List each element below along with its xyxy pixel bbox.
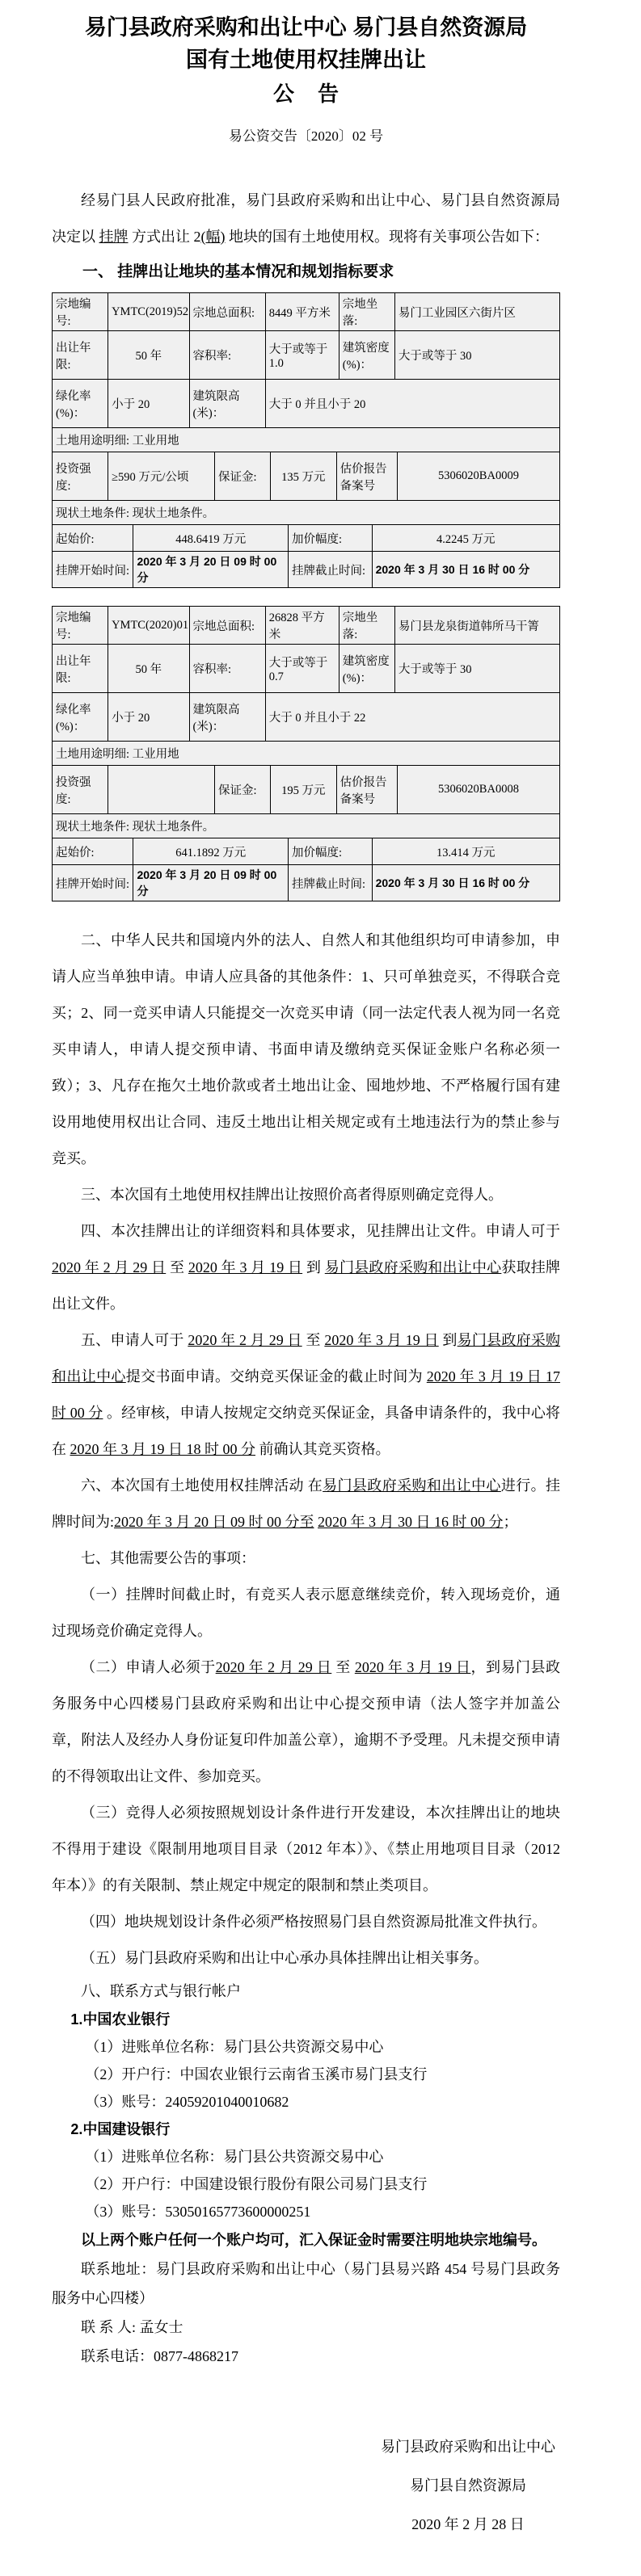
deposit-note: 以上两个账户任何一个账户均可，汇入保证金时需要注明地块宗地编号。 <box>52 2225 560 2255</box>
start-price-label: 起始价: <box>53 838 133 865</box>
height-label: 建筑限高(米)： <box>190 380 266 428</box>
far-label: 容积率: <box>190 331 266 380</box>
end-time-value: 2020 年 3 月 30 日 16 时 00 分 <box>373 865 560 901</box>
section-1-heading: 一、 挂牌出让地块的基本情况和规划指标要求 <box>52 255 560 289</box>
deposit-label: 保证金: <box>215 766 271 814</box>
area-value: 26828 平方米 <box>266 607 339 645</box>
table-row: 土地用途明细: 工业用地 <box>53 742 560 766</box>
far-value: 大于或等于 1.0 <box>266 331 339 380</box>
height-value: 大于 0 并且小于 20 <box>266 380 560 428</box>
intro-paragraph: 经易门县人民政府批准，易门县政府采购和出让中心、易门县自然资源局决定以 挂牌 方… <box>52 183 560 255</box>
section-6-paragraph: 六、本次国有土地使用权挂牌活动 在易门县政府采购和出让中心进行。挂牌时间为:20… <box>52 1468 560 1540</box>
area-label: 宗地总面积: <box>190 293 266 331</box>
parcel-id-value: YMTC(2020)01 <box>108 607 189 645</box>
start-time-value: 2020 年 3 月 20 日 09 时 00 分 <box>133 552 289 588</box>
location-label: 宗地坐落: <box>339 607 395 645</box>
section-7-heading: 七、其他需要公告的事项： <box>52 1540 560 1577</box>
section-2-paragraph: 二、中华人民共和国境内外的法人、自然人和其他组织均可申请参加，申请人应当单独申请… <box>52 922 560 1177</box>
far-label: 容积率: <box>190 645 266 693</box>
green-value: 小于 20 <box>108 380 189 428</box>
height-value: 大于 0 并且小于 22 <box>266 693 560 742</box>
increment-value: 4.2245 万元 <box>373 525 560 552</box>
parcel-table-1: 宗地编号: YMTC(2019)52 宗地总面积: 8449 平方米 宗地坐落:… <box>52 292 560 588</box>
section-8-heading: 八、联系方式与银行帐户 <box>52 1977 560 2006</box>
table-row: 投资强度: ≥590 万元/公顷 保证金: 135 万元 估价报告备案号 530… <box>53 452 560 501</box>
end-time-value: 2020 年 3 月 30 日 16 时 00 分 <box>373 552 560 588</box>
page-title: 易门县政府采购和出让中心 易门县自然资源局 国有土地使用权挂牌出让 <box>52 11 560 76</box>
density-value: 大于或等于 30 <box>395 645 560 693</box>
far-value: 大于或等于 0.7 <box>266 645 339 693</box>
start-time-label: 挂牌开始时间: <box>53 552 133 588</box>
table-row: 宗地编号: YMTC(2019)52 宗地总面积: 8449 平方米 宗地坐落:… <box>53 293 560 331</box>
section-7-item-4: （四）地块规划设计条件必须严格按照易门县自然资源局批准文件执行。 <box>52 1904 560 1940</box>
term-value: 50 年 <box>108 331 189 380</box>
table-row: 现状土地条件: 现状土地条件。 <box>53 501 560 525</box>
bank-2-account-number: （3）账号：53050165773600000251 <box>52 2198 560 2225</box>
section-7-item-2: （二）申请人必须于2020 年 2 月 29 日 至 2020 年 3 月 19… <box>52 1649 560 1795</box>
bank-2-payee: （1）进账单位名称：易门县公共资源交易中心 <box>52 2143 560 2170</box>
section-5-paragraph: 五、申请人可于 2020 年 2 月 29 日 至 2020 年 3 月 19 … <box>52 1322 560 1468</box>
parcel-id-value: YMTC(2019)52 <box>108 293 189 331</box>
land-use-value: 土地用途明细: 工业用地 <box>53 742 560 766</box>
term-value: 50 年 <box>108 645 189 693</box>
table-row: 绿化率(%)： 小于 20 建筑限高(米)： 大于 0 并且小于 22 <box>53 693 560 742</box>
table-row: 起始价: 448.6419 万元 加价幅度: 4.2245 万元 <box>53 525 560 552</box>
invest-value: ≥590 万元/公顷 <box>108 452 215 501</box>
table-row: 投资强度: 保证金: 195 万元 估价报告备案号 5306020BA0008 <box>53 766 560 814</box>
start-price-value: 641.1892 万元 <box>133 838 289 865</box>
bank-1-branch: （2）开户行：中国农业银行云南省玉溪市易门县支行 <box>52 2061 560 2088</box>
start-price-value: 448.6419 万元 <box>133 525 289 552</box>
contact-phone: 联系电话：0877-4868217 <box>52 2342 560 2371</box>
report-no-value: 5306020BA0009 <box>398 452 560 501</box>
table-row: 现状土地条件: 现状土地条件。 <box>53 814 560 838</box>
term-label: 出让年限: <box>53 331 108 380</box>
table-row: 出让年限: 50 年 容积率: 大于或等于 0.7 建筑密度(%)： 大于或等于… <box>53 645 560 693</box>
table-row: 挂牌开始时间: 2020 年 3 月 20 日 09 时 00 分 挂牌截止时间… <box>53 865 560 901</box>
density-label: 建筑密度(%)： <box>339 331 395 380</box>
table-row: 起始价: 641.1892 万元 加价幅度: 13.414 万元 <box>53 838 560 865</box>
announcement-word: 公 告 <box>52 76 560 111</box>
invest-label: 投资强度: <box>53 766 108 814</box>
parcel-id-label: 宗地编号: <box>53 293 108 331</box>
closing-org-2: 易门县自然资源局 <box>381 2466 555 2505</box>
report-no-label: 估价报告备案号 <box>337 452 398 501</box>
green-label: 绿化率(%)： <box>53 693 108 742</box>
location-value: 易门工业园区六街片区 <box>395 293 560 331</box>
deposit-value: 135 万元 <box>271 452 337 501</box>
location-value: 易门县龙泉街道韩所马干箐 <box>395 607 560 645</box>
increment-value: 13.414 万元 <box>373 838 560 865</box>
table-row: 土地用途明细: 工业用地 <box>53 428 560 452</box>
end-time-label: 挂牌截止时间: <box>289 552 373 588</box>
report-no-value: 5306020BA0008 <box>398 766 560 814</box>
area-value: 8449 平方米 <box>266 293 339 331</box>
area-label: 宗地总面积: <box>190 607 266 645</box>
invest-value <box>108 766 215 814</box>
increment-label: 加价幅度: <box>289 525 373 552</box>
table-row: 出让年限: 50 年 容积率: 大于或等于 1.0 建筑密度(%)： 大于或等于… <box>53 331 560 380</box>
section-7-item-5: （五）易门县政府采购和出让中心承办具体挂牌出让相关事务。 <box>52 1940 560 1977</box>
start-time-label: 挂牌开始时间: <box>53 865 133 901</box>
parcel-id-label: 宗地编号: <box>53 607 108 645</box>
section-7-item-1: （一）挂牌时间截止时，有竞买人表示愿意继续竞价，转入现场竞价，通过现场竞价确定竞… <box>52 1577 560 1649</box>
condition-value: 现状土地条件: 现状土地条件。 <box>53 501 560 525</box>
deposit-label: 保证金: <box>215 452 271 501</box>
start-price-label: 起始价: <box>53 525 133 552</box>
closing-date: 2020 年 2 月 28 日 <box>381 2505 555 2544</box>
contact-person: 联 系 人: 孟女士 <box>52 2313 560 2342</box>
green-label: 绿化率(%)： <box>53 380 108 428</box>
term-label: 出让年限: <box>53 645 108 693</box>
title-line-1: 易门县政府采购和出让中心 易门县自然资源局 <box>52 11 560 44</box>
land-use-value: 土地用途明细: 工业用地 <box>53 428 560 452</box>
section-4-paragraph: 四、本次挂牌出让的详细资料和具体要求，见挂牌出让文件。申请人可于 2020 年 … <box>52 1213 560 1322</box>
location-label: 宗地坐落: <box>339 293 395 331</box>
increment-label: 加价幅度: <box>289 838 373 865</box>
bank-1-payee: （1）进账单位名称：易门县公共资源交易中心 <box>52 2033 560 2061</box>
closing-org-1: 易门县政府采购和出让中心 <box>381 2427 555 2466</box>
section-3-paragraph: 三、本次国有土地使用权挂牌出让按照价高者得原则确定竞得人。 <box>52 1177 560 1213</box>
document-number: 易公资交告〔2020〕02 号 <box>52 124 560 149</box>
bank-1-name: 1.中国农业银行 <box>52 2006 560 2033</box>
condition-value: 现状土地条件: 现状土地条件。 <box>53 814 560 838</box>
invest-label: 投资强度: <box>53 452 108 501</box>
height-label: 建筑限高(米)： <box>190 693 266 742</box>
closing-block: 易门县政府采购和出让中心 易门县自然资源局 2020 年 2 月 28 日 <box>381 2427 555 2544</box>
contact-address: 联系地址：易门县政府采购和出让中心（易门县易兴路 454 号易门县政务服务中心四… <box>52 2255 560 2313</box>
section-7-item-3: （三）竞得人必须按照规划设计条件进行开发建设，本次挂牌出让的地块不得用于建设《限… <box>52 1795 560 1904</box>
density-value: 大于或等于 30 <box>395 331 560 380</box>
bank-1-account-number: （3）账号：24059201040010682 <box>52 2088 560 2116</box>
bank-2-branch: （2）开户行：中国建设银行股份有限公司易门县支行 <box>52 2170 560 2198</box>
parcel-table-2: 宗地编号: YMTC(2020)01 宗地总面积: 26828 平方米 宗地坐落… <box>52 606 560 901</box>
start-time-value: 2020 年 3 月 20 日 09 时 00 分 <box>133 865 289 901</box>
bank-2-name: 2.中国建设银行 <box>52 2116 560 2143</box>
density-label: 建筑密度(%)： <box>339 645 395 693</box>
end-time-label: 挂牌截止时间: <box>289 865 373 901</box>
title-line-2: 国有土地使用权挂牌出让 <box>52 44 560 76</box>
announcement-document: 易门县政府采购和出让中心 易门县自然资源局 国有土地使用权挂牌出让 公 告 易公… <box>0 0 641 2576</box>
green-value: 小于 20 <box>108 693 189 742</box>
report-no-label: 估价报告备案号 <box>337 766 398 814</box>
table-row: 挂牌开始时间: 2020 年 3 月 20 日 09 时 00 分 挂牌截止时间… <box>53 552 560 588</box>
table-row: 绿化率(%)： 小于 20 建筑限高(米)： 大于 0 并且小于 20 <box>53 380 560 428</box>
table-row: 宗地编号: YMTC(2020)01 宗地总面积: 26828 平方米 宗地坐落… <box>53 607 560 645</box>
deposit-value: 195 万元 <box>271 766 337 814</box>
